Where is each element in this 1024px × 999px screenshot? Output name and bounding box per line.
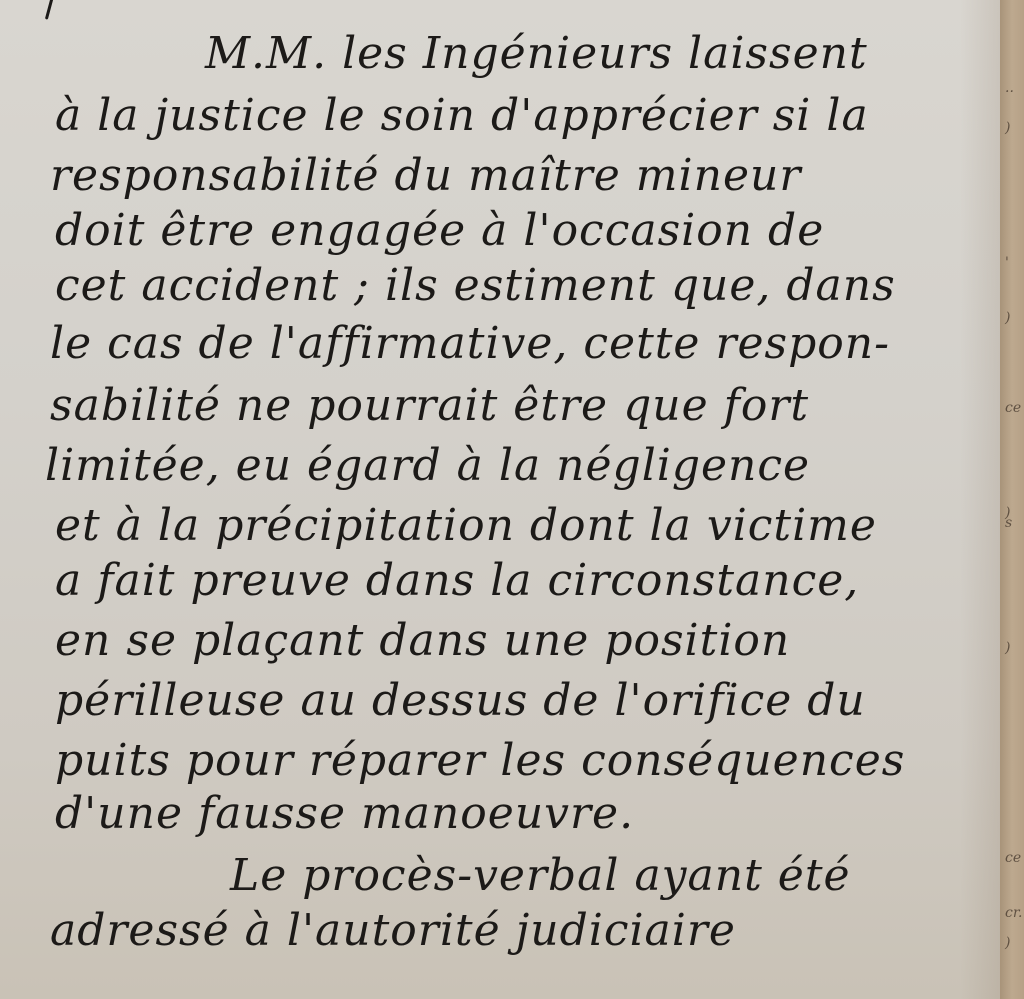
text-line: sabilité ne pourrait être que fort xyxy=(50,380,809,431)
adjacent-ink-mark: ) xyxy=(1005,640,1010,656)
text-line: Le procès-verbal ayant été xyxy=(230,850,851,901)
text-line: M.M. les Ingénieurs laissent xyxy=(205,28,868,79)
text-line: limitée, eu égard à la négligence xyxy=(45,440,810,491)
text-line: puits pour réparer les conséquences xyxy=(55,735,905,786)
text-line: en se plaçant dans une position xyxy=(55,615,790,666)
previous-line-descender xyxy=(45,0,58,20)
text-line: doit être engagée à l'occasion de xyxy=(55,205,824,256)
text-line: adressé à l'autorité judiciaire xyxy=(50,905,736,956)
adjacent-ink-mark: cr. xyxy=(1005,905,1022,921)
adjacent-ink-mark: ' xyxy=(1005,255,1009,271)
text-line: cet accident ; ils estiment que, dans xyxy=(55,260,896,311)
adjacent-page-edge: .. ) ' ) ce ) s ) ce cr. ) xyxy=(1000,0,1024,999)
text-line: a fait preuve dans la circonstance, xyxy=(55,555,859,606)
text-line: d'une fausse manoeuvre. xyxy=(55,788,634,839)
adjacent-ink-mark: ) xyxy=(1005,935,1010,951)
text-line: périlleuse au dessus de l'orifice du xyxy=(55,675,866,726)
letter-page: M.M. les Ingénieurs laissent à la justic… xyxy=(0,0,1000,999)
text-line: à la justice le soin d'apprécier si la xyxy=(55,90,869,141)
text-line: et à la précipitation dont la victime xyxy=(55,500,877,551)
adjacent-ink-mark: ce xyxy=(1005,400,1021,416)
adjacent-ink-mark: .. xyxy=(1005,80,1014,96)
adjacent-ink-mark: ce xyxy=(1005,850,1021,866)
text-line: le cas de l'affirmative, cette respon- xyxy=(50,318,890,369)
adjacent-ink-mark: s xyxy=(1005,515,1012,531)
text-line: responsabilité du maître mineur xyxy=(50,150,801,201)
adjacent-ink-mark: ) xyxy=(1005,310,1010,326)
adjacent-ink-mark: ) xyxy=(1005,120,1010,136)
